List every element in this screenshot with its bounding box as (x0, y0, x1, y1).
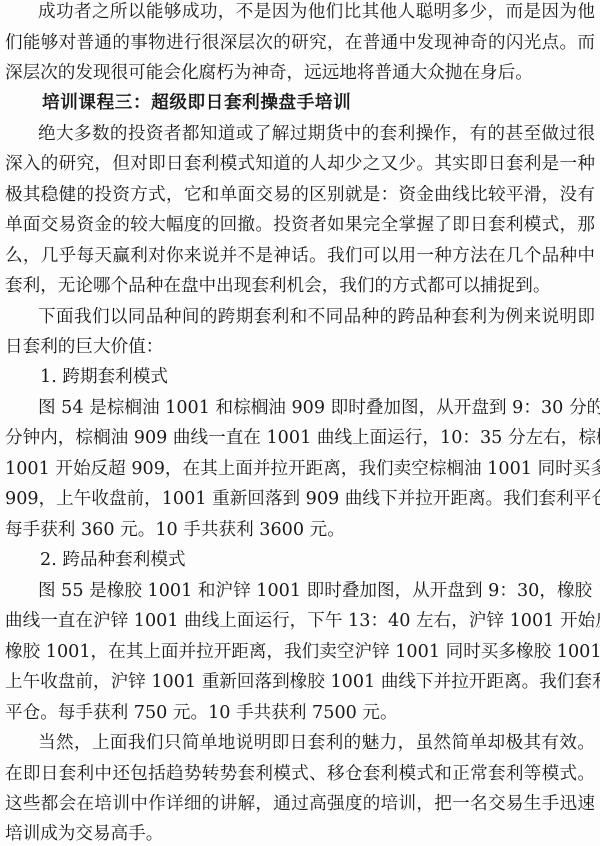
paragraph-1-line-5: 么，几乎每天赢利对你来说并不是神话。我们可以用一种方法在几个品种中 (5, 245, 595, 267)
intro-line-1: 成功者之所以能够成功，不是因为他们比其他人聪明多少，而是因为他 (38, 1, 595, 23)
closing-line-1: 当然，上面我们只简单地说明即日套利的魅力，虽然简单却极其有效。 (38, 732, 595, 754)
paragraph-2-line-1: 下面我们以同品种间的跨期套利和不同品种的跨品种套利为例来说明即 (38, 306, 595, 328)
item-1-line-5: 每手获利 360 元。10 手共获利 3600 元。 (5, 519, 595, 541)
intro-line-3: 深层次的发现很可能会化腐朽为神奇，远远地将普通大众抛在身后。 (5, 62, 595, 84)
paragraph-1-line-2: 深入的研究，但对即日套利模式知道的人却少之又少。其实即日套利是一种 (5, 153, 595, 175)
paragraph-1-line-3: 极其稳健的投资方式，它和单面交易的区别就是：资金曲线比较平滑，没有 (5, 184, 595, 206)
intro-line-2: 们能够对普通的事物进行很深层次的研究，在普通中发现神奇的闪光点。而 (5, 32, 595, 54)
item-2-line-4: 上午收盘前，沪锌 1001 重新回落到橡胶 1001 曲线下并拉开距离。我们套利 (5, 671, 595, 693)
item-1-title: 1. 跨期套利模式 (40, 366, 600, 388)
item-2-line-3: 橡胶 1001，在其上面并拉开距离，我们卖空沪锌 1001 同时买多橡胶 100… (5, 641, 595, 663)
item-2-line-5: 平仓。每手获利 750 元。10 手共获利 7500 元。 (5, 702, 595, 724)
paragraph-2-line-2: 日套利的巨大价值： (5, 336, 595, 358)
closing-line-4: 培训成为交易高手。 (5, 823, 595, 845)
paragraph-1-line-6: 套利，无论哪个品种在盘中出现套利机会，我们的方式都可以捕捉到。 (5, 275, 595, 297)
item-2-line-1: 图 55 是橡胶 1001 和沪锌 1001 即时叠加图，从开盘到 9：30，橡… (38, 580, 595, 602)
item-2-title: 2. 跨品种套利模式 (40, 549, 600, 571)
item-1-line-3: 1001 开始反超 909，在其上面并拉开距离，我们卖空棕榈油 1001 同时买… (5, 458, 595, 480)
item-2-line-2: 曲线一直在沪锌 1001 曲线上面运行，下午 13：40 左右，沪锌 1001 … (5, 610, 595, 632)
item-1-line-2: 分钟内，棕榈油 909 曲线一直在 1001 曲线上面运行，10：35 分左右，… (5, 427, 595, 449)
closing-line-2: 在即日套利中还包括趋势转势套利模式、移仓套利模式和正常套利等模式。 (5, 763, 595, 785)
item-1-line-1: 图 54 是棕榈油 1001 和棕榈油 909 即时叠加图，从开盘到 9：30 … (38, 397, 595, 419)
document-page: 成功者之所以能够成功，不是因为他们比其他人聪明多少，而是因为他 们能够对普通的事… (0, 0, 600, 846)
paragraph-1-line-1: 绝大多数的投资者都知道或了解过期货中的套利操作，有的甚至做过很 (38, 123, 595, 145)
section-heading: 培训课程三：超级即日套利操盘手培训 (42, 92, 600, 114)
paragraph-1-line-4: 单面交易资金的较大幅度的回撤。投资者如果完全掌握了即日套利模式，那 (5, 214, 595, 236)
closing-line-3: 这些都会在培训中作详细的讲解，通过高强度的培训，把一名交易生手迅速 (5, 793, 595, 815)
item-1-line-4: 909，上午收盘前，1001 重新回落到 909 曲线下并拉开距离。我们套利平仓… (5, 488, 595, 510)
